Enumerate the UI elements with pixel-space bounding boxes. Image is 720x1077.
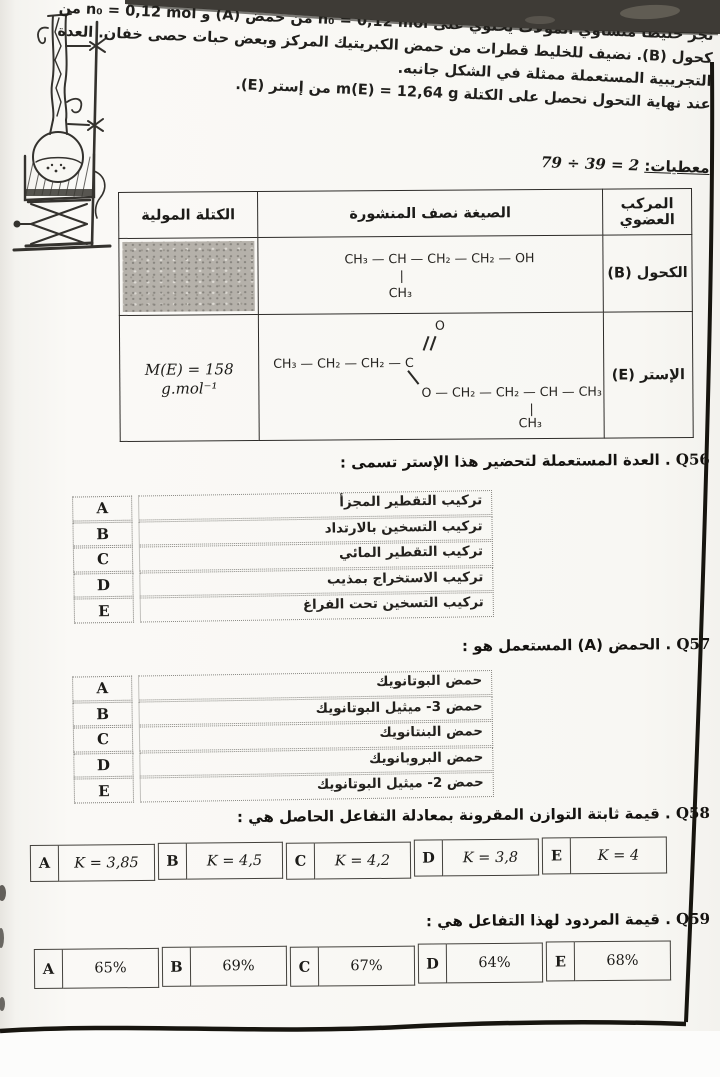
header-organic-compound: المركب العضوي (602, 188, 691, 235)
question-59-heading: Q59 . قيمة المردود لهذا التفاعل هي : (426, 910, 710, 930)
givens-value: 79 ÷ 39 = 2 (541, 153, 640, 174)
question-57-number: Q57 (676, 635, 710, 653)
single-bond-line (407, 370, 419, 385)
ester-E-label: الإستر (E) (603, 311, 693, 438)
option-value-B[interactable]: 69% (191, 946, 287, 987)
option-pair-A[interactable]: A 65% (34, 948, 159, 989)
option-row-E[interactable]: E تركيب التسخين تحت الفراغ (74, 592, 494, 623)
option-text-E[interactable]: تركيب التسخين تحت الفراغ (140, 592, 494, 622)
option-letter-B[interactable]: B (72, 521, 132, 547)
table-row-alcohol-B: الكحول (B) CH₃ — CH — CH₂ — CH₂ — OH | C… (119, 234, 693, 315)
question-56-number: Q56 (676, 450, 710, 468)
option-pair-C[interactable]: C 67% (290, 946, 415, 987)
option-letter-D[interactable]: D (414, 839, 443, 876)
givens-label: معطيات: (644, 157, 710, 177)
header-molar-mass: الكتلة المولية (119, 192, 258, 239)
page-bottom-border (0, 1022, 686, 1031)
option-letter-C[interactable]: C (73, 727, 133, 753)
alkoxy-chain: O — CH₂ — CH₂ — CH — CH₃ (421, 383, 602, 399)
question-57-text: الحمض (A) المستعمل هو : (462, 635, 660, 655)
option-letter-C[interactable]: C (73, 547, 133, 573)
option-letter-E[interactable]: E (74, 598, 134, 624)
option-letter-E[interactable]: E (542, 837, 571, 874)
redacted-molar-mass-block (122, 241, 254, 312)
question-58-text: قيمة ثابتة التوازن المقرونة بمعادلة التف… (237, 804, 660, 826)
option-pair-C[interactable]: C K = 4,2 (286, 842, 411, 880)
option-letter-B[interactable]: B (162, 947, 191, 987)
option-letter-A[interactable]: A (72, 496, 132, 522)
option-pair-D[interactable]: D K = 3,8 (414, 839, 539, 877)
option-value-C[interactable]: K = 4,2 (315, 842, 411, 880)
option-value-B[interactable]: K = 4,5 (187, 842, 283, 880)
table-row-ester-E: الإستر (E) O CH₃ — CH₂ — CH₂ — C O — CH₂… (119, 311, 693, 441)
option-value-A[interactable]: 65% (63, 948, 159, 989)
option-letter-D[interactable]: D (73, 572, 133, 598)
option-value-D[interactable]: K = 3,8 (443, 839, 539, 877)
option-row-E[interactable]: E حمض 2- ميثيل البوتانويك (74, 772, 494, 803)
givens-note: معطيات: 79 ÷ 39 = 2 (537, 153, 710, 177)
exercise-intro-paragraph: نجز خليطا متساوي المولات يحتوي على n₀ = … (103, 0, 714, 116)
compound-data-table: المركب العضوي الصيغة نصف المنشورة الكتلة… (118, 188, 694, 442)
question-56-heading: Q56 . العدة المستعملة لتحضير هذا الإستر … (340, 450, 710, 471)
option-text-E[interactable]: حمض 2- ميثيل البوتانويك (140, 772, 494, 802)
methyl-branch: CH₃ (259, 282, 603, 301)
double-bond-line (430, 335, 437, 350)
question-58-number: Q58 (676, 804, 710, 822)
option-letter-E[interactable]: E (546, 941, 575, 981)
option-pair-E[interactable]: E K = 4 (542, 836, 667, 874)
alcohol-B-formula: CH₃ — CH — CH₂ — CH₂ — OH | CH₃ (258, 248, 602, 301)
carbonyl-oxygen: O (435, 317, 445, 332)
option-value-D[interactable]: 64% (447, 943, 543, 984)
option-value-E[interactable]: 68% (575, 940, 671, 981)
option-pair-D[interactable]: D 64% (418, 943, 543, 984)
question-59-options: A 65% B 69% C 67% D 64% E 68% (34, 943, 674, 989)
acyl-chain: CH₃ — CH₂ — CH₂ — C (273, 354, 414, 370)
question-separator: . (665, 451, 671, 469)
branch-bond: | (529, 401, 533, 416)
option-letter-A[interactable]: A (72, 676, 132, 702)
question-59-number: Q59 (676, 910, 710, 928)
double-bond-line (423, 335, 430, 350)
option-value-E[interactable]: K = 4 (571, 836, 667, 874)
option-letter-A[interactable]: A (30, 845, 59, 882)
ester-molar-mass-value: M(E) = 158 g.mol⁻¹ (145, 360, 234, 398)
option-pair-E[interactable]: E 68% (546, 940, 671, 981)
question-57-options: A حمض البوتانويك B حمض 3- ميثيل البوتانو… (72, 670, 494, 805)
header-semi-structural-formula: الصيغة نصف المنشورة (258, 189, 603, 237)
option-pair-A[interactable]: A K = 3,85 (30, 844, 155, 882)
option-value-C[interactable]: 67% (319, 946, 415, 987)
option-value-A[interactable]: K = 3,85 (59, 844, 155, 882)
option-letter-D[interactable]: D (73, 752, 133, 778)
ester-E-formula: O CH₃ — CH₂ — CH₂ — C O — CH₂ — CH₂ — CH… (259, 313, 604, 439)
question-separator: . (665, 804, 671, 822)
option-letter-C[interactable]: C (286, 843, 315, 880)
methyl-branch: CH₃ (519, 415, 542, 430)
option-letter-C[interactable]: C (290, 947, 319, 987)
edge-smudge (0, 928, 4, 948)
option-letter-D[interactable]: D (418, 943, 447, 983)
alcohol-B-label: الكحول (B) (603, 234, 693, 312)
question-56-options: A تركيب التقطير المجزأ B تركيب التسخين ب… (72, 490, 494, 625)
question-separator: . (665, 910, 671, 928)
question-58-options: A K = 3,85 B K = 4,5 C K = 4,2 D K = 3,8… (30, 839, 670, 882)
question-56-text: العدة المستعملة لتحضير هذا الإستر تسمى : (340, 451, 660, 472)
question-59-text: قيمة المردود لهذا التفاعل هي : (426, 910, 660, 930)
option-letter-E[interactable]: E (74, 778, 134, 804)
edge-smudge (0, 997, 5, 1011)
question-58-heading: Q58 . قيمة ثابتة التوازن المقرونة بمعادل… (237, 804, 710, 826)
scanned-exam-page: نجز خليطا متساوي المولات يحتوي على n₀ = … (0, 0, 720, 1077)
option-letter-B[interactable]: B (72, 701, 132, 727)
option-letter-B[interactable]: B (158, 843, 187, 880)
question-separator: . (665, 635, 671, 653)
area-below-page-frame (0, 1031, 720, 1077)
option-pair-B[interactable]: B K = 4,5 (158, 842, 283, 880)
edge-smudge (0, 885, 6, 901)
option-letter-A[interactable]: A (34, 949, 63, 989)
option-pair-B[interactable]: B 69% (162, 946, 287, 987)
question-57-heading: Q57 . الحمض (A) المستعمل هو : (462, 635, 711, 655)
